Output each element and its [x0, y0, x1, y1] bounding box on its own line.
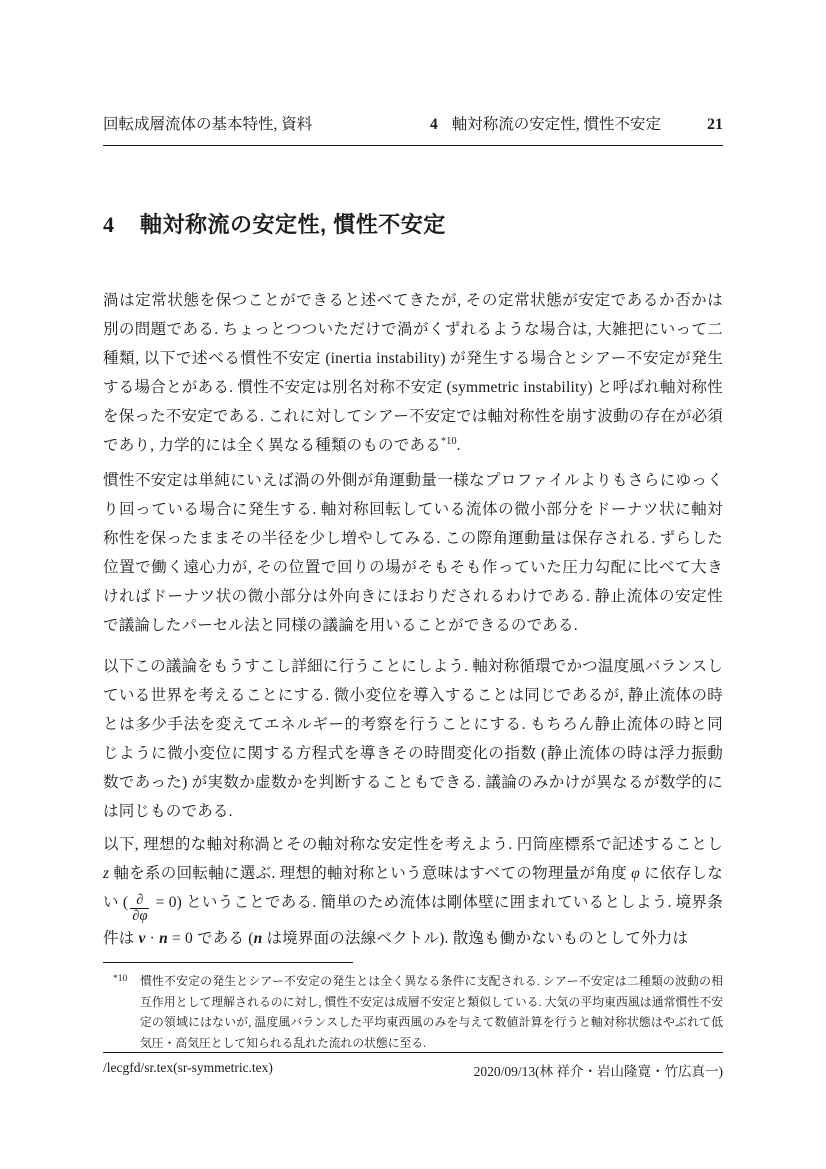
footnote-rule [103, 962, 353, 963]
section-heading-title: 軸対称流の安定性, 慣性不安定 [140, 212, 446, 237]
paragraph-1-tail: . [457, 437, 461, 454]
paragraph-4-text-2: 軸を系の回転軸に選ぶ. 理想的軸対称という意味はすべての物理量が角度 [109, 865, 631, 882]
running-head: 回転成層流体の基本特性, 資料 4軸対称流の安定性, 慣性不安定 21 [103, 112, 723, 134]
section-heading-number: 4 [103, 212, 114, 237]
paragraph-2: 慣性不安定は単純にいえば渦の外側が角運動量一様なプロファイルよりもさらにゆっくり… [103, 466, 723, 640]
footnote-text: 慣性不安定の発生とシアー不安定の発生とは全く異なる条件に支配される. シアー不安… [140, 974, 723, 1050]
paragraph-4-text-1: 以下, 理想的な軸対称渦とその軸対称な安定性を考えよう. 円筒座標系で記述するこ… [103, 836, 723, 853]
paragraph-2-text: 慣性不安定は単純にいえば渦の外側が角運動量一様なプロファイルよりもさらにゆっくり… [103, 472, 723, 634]
running-head-section-title: 軸対称流の安定性, 慣性不安定 [452, 116, 661, 133]
running-head-section: 4軸対称流の安定性, 慣性不安定 [312, 112, 707, 134]
paragraph-4: 以下, 理想的な軸対称渦とその軸対称な安定性を考えよう. 円筒座標系で記述するこ… [103, 830, 723, 953]
math-vector-n: n [159, 930, 168, 947]
section-heading: 4軸対称流の安定性, 慣性不安定 [103, 208, 723, 239]
math-fraction-dphi: ∂∂φ [130, 893, 149, 924]
document-page: 回転成層流体の基本特性, 資料 4軸対称流の安定性, 慣性不安定 21 4軸対称… [0, 0, 826, 1169]
running-head-left-title: 回転成層流体の基本特性, 資料 [103, 112, 312, 134]
math-var-phi: φ [631, 865, 640, 882]
footer-date-authors: 2020/09/13(林 祥介・岩山隆寛・竹広真一) [474, 1060, 723, 1080]
paragraph-1: 渦は定常状態を保つことができると述べてきたが, その定常状態が安定であるか否かは… [103, 286, 723, 460]
footnote-reference-10: *10 [441, 436, 457, 447]
footer-rule [103, 1052, 723, 1053]
header-rule [103, 145, 723, 146]
math-dot-operator: · [146, 930, 160, 947]
math-vector-v: v [138, 930, 145, 947]
footnote-10: *10 慣性不安定の発生とシアー不安定の発生とは全く異なる条件に支配される. シ… [103, 971, 723, 1053]
fraction-denominator: ∂φ [130, 908, 149, 924]
fraction-numerator: ∂ [130, 893, 149, 908]
footnote-marker: *10 [113, 969, 127, 990]
paragraph-3-text: 以下この議論をもうすこし詳細に行うことにしよう. 軸対称循環でかつ温度風バランス… [103, 658, 723, 820]
footer-source-file: /lecgfd/sr.tex(sr-symmetric.tex) [103, 1060, 273, 1080]
paragraph-4-text-5: = 0 である ( [168, 930, 254, 947]
paragraph-3: 以下この議論をもうすこし詳細に行うことにしよう. 軸対称循環でかつ温度風バランス… [103, 652, 723, 826]
paragraph-4-text-6: は境界面の法線ベクトル). 散逸も働かないものとして外力は [262, 930, 688, 947]
running-head-section-number: 4 [430, 116, 438, 133]
paragraph-1-text: 渦は定常状態を保つことができると述べてきたが, その定常状態が安定であるか否かは… [103, 292, 723, 454]
page-number: 21 [707, 116, 723, 134]
page-footer: /lecgfd/sr.tex(sr-symmetric.tex) 2020/09… [103, 1060, 723, 1080]
